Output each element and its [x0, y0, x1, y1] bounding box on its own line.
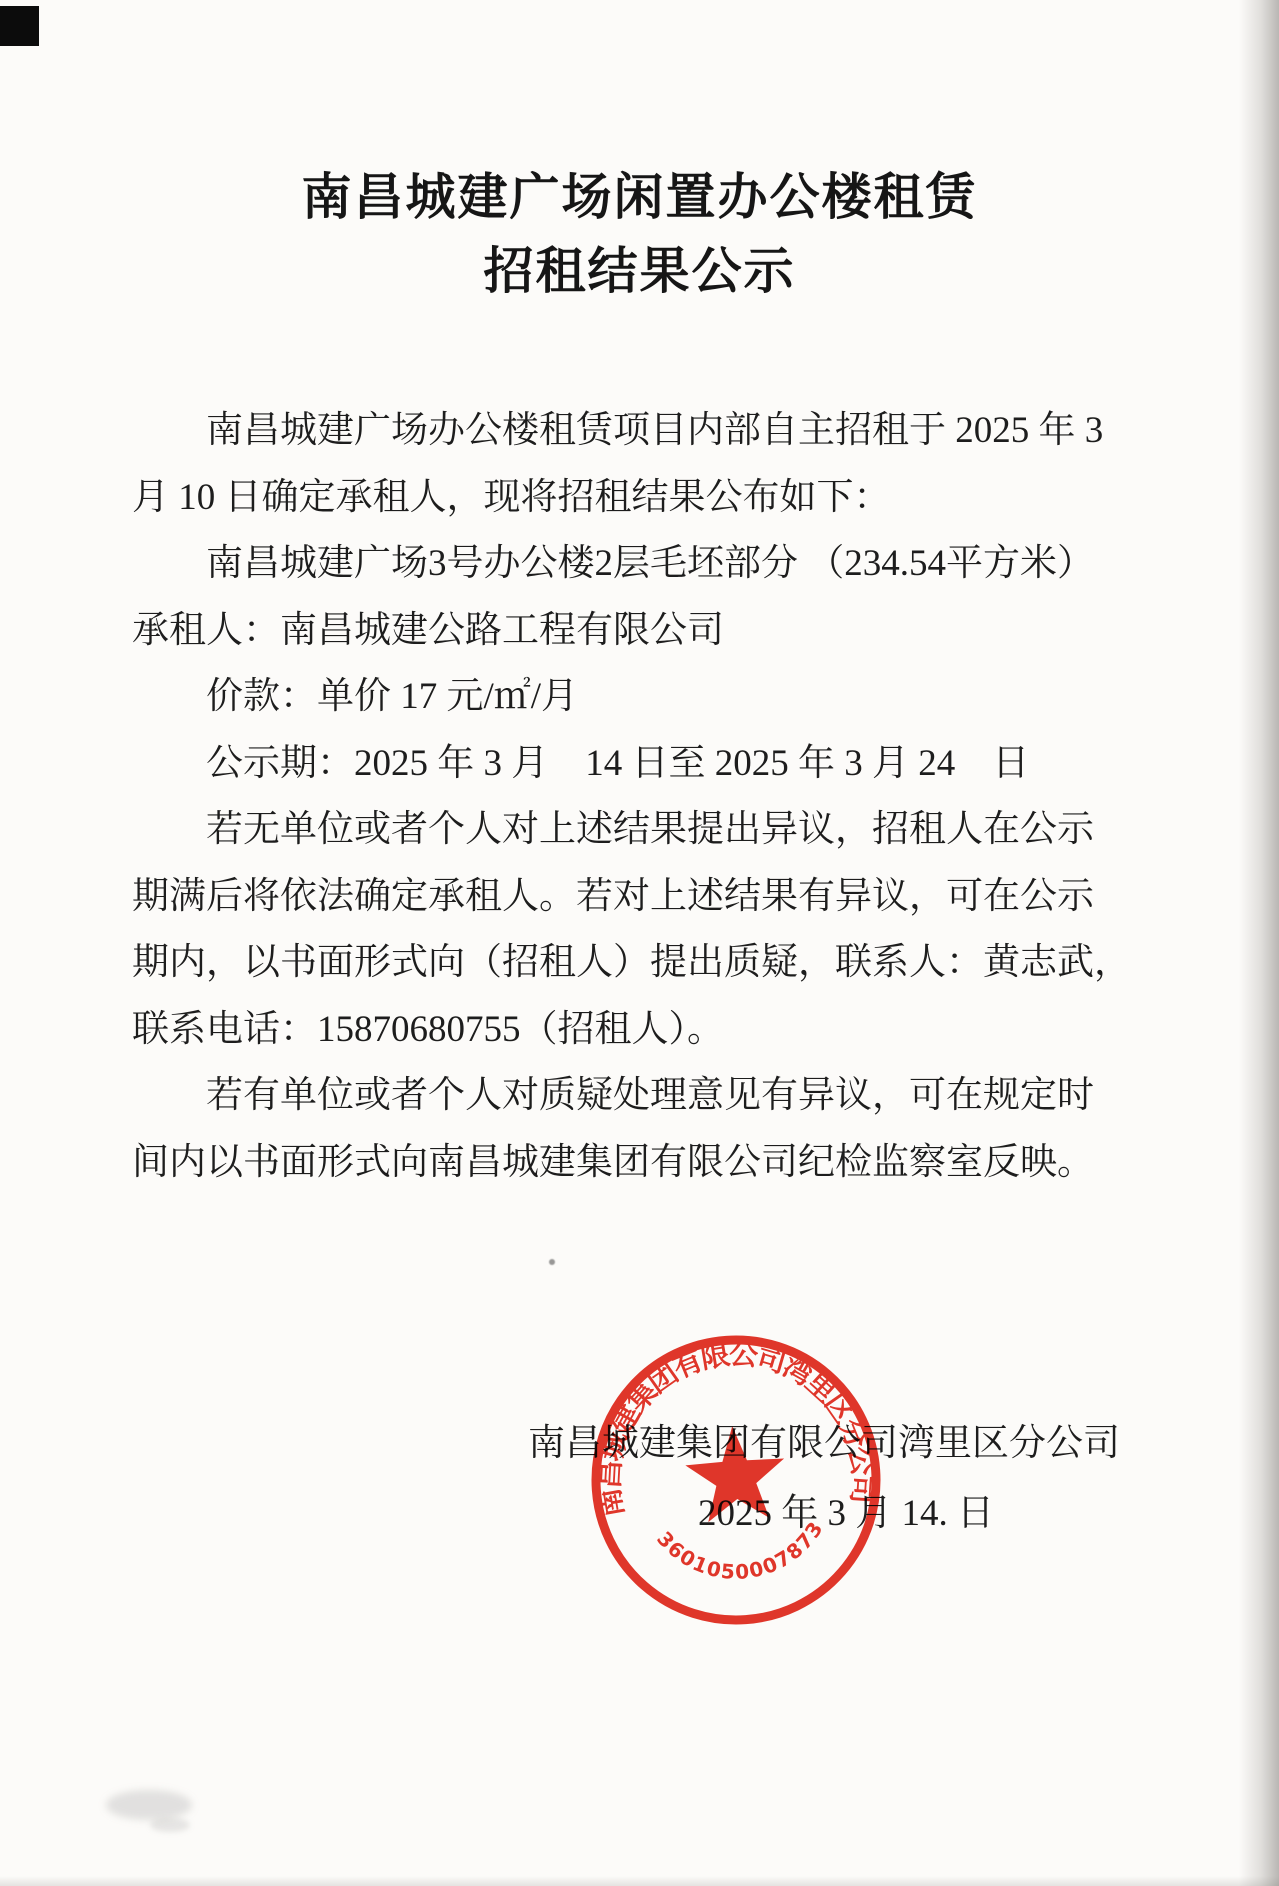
body-line-1: 南昌城建广场办公楼租赁项目内部自主招租于 2025 年 3: [132, 398, 1142, 465]
body-line-9: 期内，以书面形式向（招租人）提出质疑，联系人：黄志武，: [132, 930, 1142, 997]
official-seal: 南昌城建集团有限公司湾里区分公司 3601050007873: [576, 1320, 896, 1640]
body-line-11: 若有单位或者个人对质疑处理意见有异议，可在规定时: [132, 1063, 1142, 1130]
body-line-8: 期满后将依法确定承租人。若对上述结果有异议，可在公示: [132, 864, 1142, 931]
document-body: 南昌城建广场办公楼租赁项目内部自主招租于 2025 年 3 月 10 日确定承租…: [132, 398, 1142, 1196]
body-line-2: 月 10 日确定承租人，现将招租结果公布如下：: [132, 465, 1142, 532]
body-line-3: 南昌城建广场3号办公楼2层毛坯部分 （234.54平方米）: [132, 531, 1142, 598]
scan-edge-shadow-bottom: [0, 1876, 1279, 1886]
body-line-7: 若无单位或者个人对上述结果提出异议，招租人在公示: [132, 797, 1142, 864]
title-line-2: 招租结果公示: [0, 234, 1279, 308]
body-line-10: 联系电话：15870680755（招租人）。: [132, 997, 1142, 1064]
document-title: 南昌城建广场闲置办公楼租赁 招租结果公示: [0, 160, 1279, 308]
body-line-6: 公示期：2025 年 3 月 14 日至 2025 年 3 月 24 日: [132, 731, 1142, 798]
scan-speck: [549, 1259, 555, 1265]
title-line-1: 南昌城建广场闲置办公楼租赁: [0, 160, 1279, 234]
body-line-4: 承租人：南昌城建公路工程有限公司: [132, 598, 1142, 665]
official-seal-graphic: 南昌城建集团有限公司湾里区分公司 3601050007873: [576, 1320, 896, 1640]
scan-smudge: [150, 1818, 190, 1832]
body-line-12: 间内以书面形式向南昌城建集团有限公司纪检监察室反映。: [132, 1130, 1142, 1197]
body-line-5: 价款：单价 17 元/㎡/月: [132, 664, 1142, 731]
scan-corner-mark: [0, 6, 39, 46]
star-icon: [683, 1423, 788, 1524]
document-page: 南昌城建广场闲置办公楼租赁 招租结果公示 南昌城建广场办公楼租赁项目内部自主招租…: [0, 0, 1279, 1886]
seal-code-arc: 3601050007873: [651, 1515, 832, 1590]
scan-smudge: [106, 1790, 192, 1820]
